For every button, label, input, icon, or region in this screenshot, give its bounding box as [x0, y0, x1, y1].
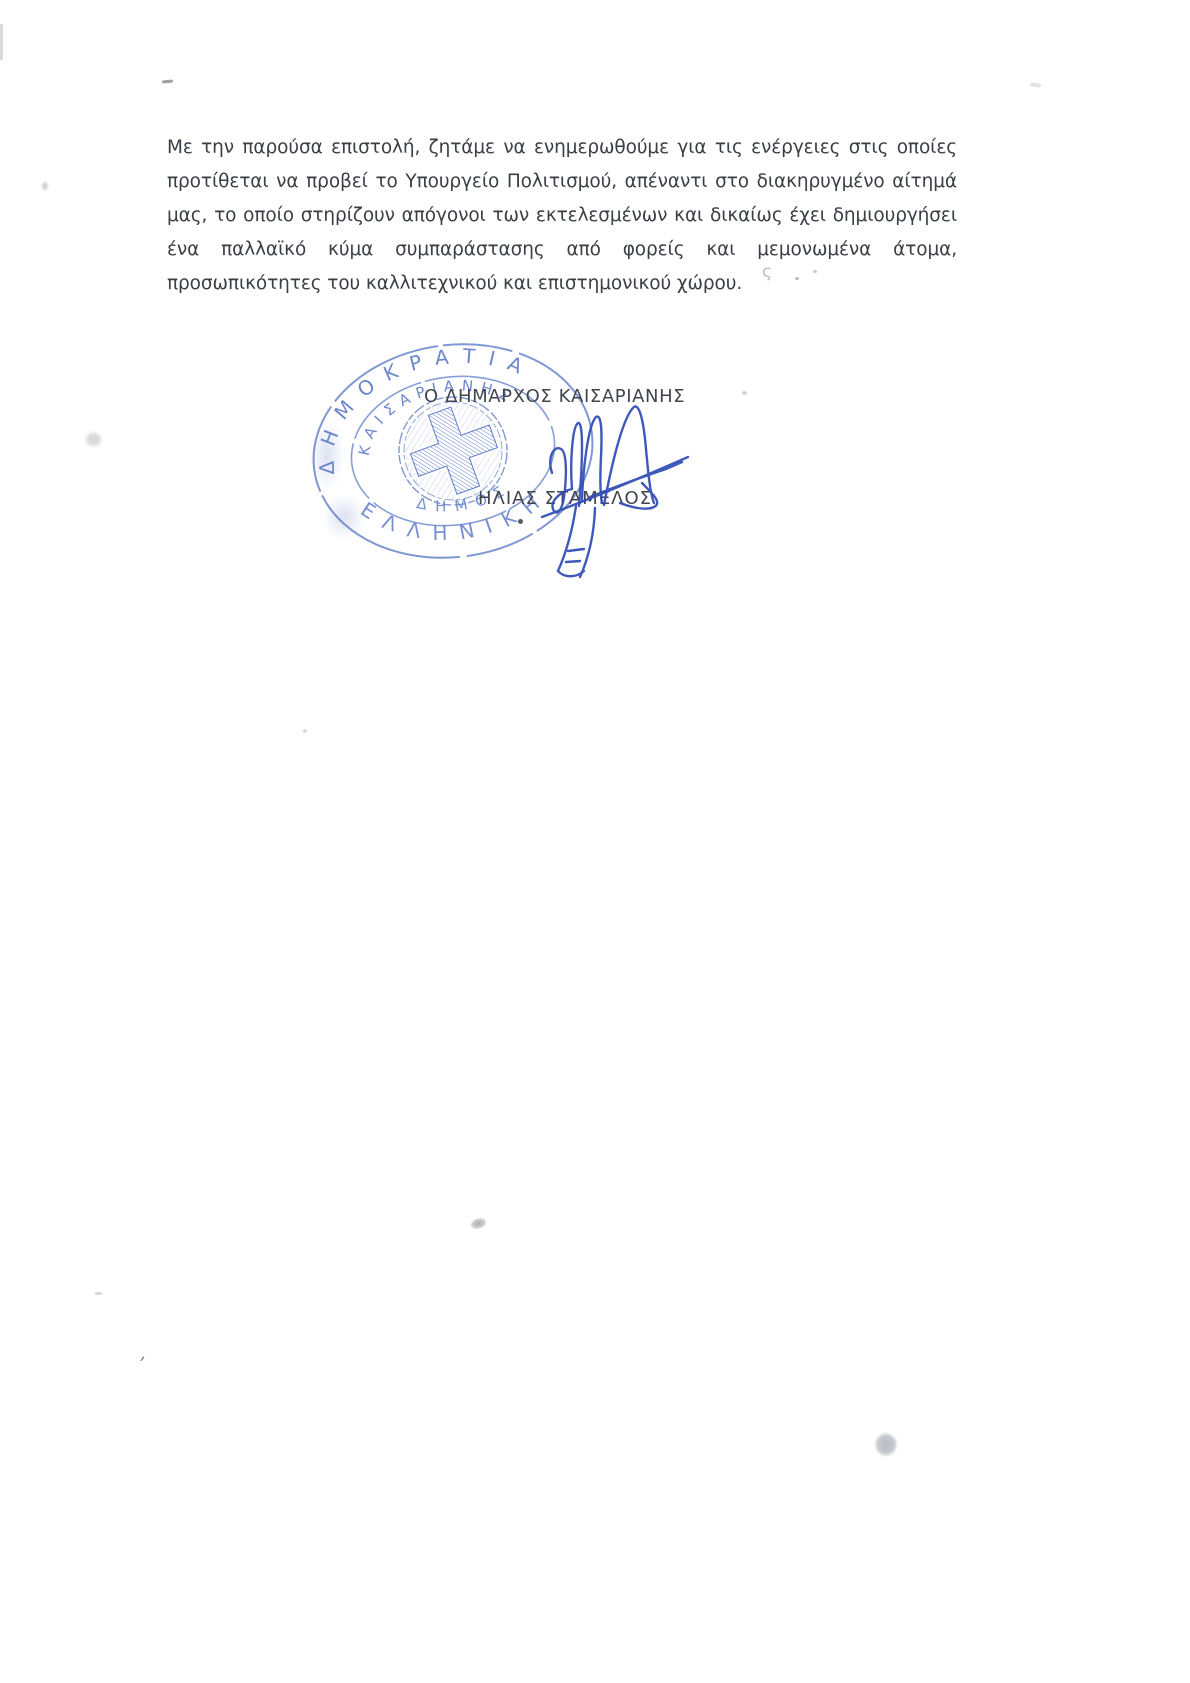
stamp-ink-smudge — [322, 495, 366, 539]
scan-speck — [95, 1292, 102, 1295]
stamp-ink-smudge — [310, 420, 344, 490]
scan-speck — [303, 729, 307, 733]
paragraph-line-5: προσωπικότητες του καλλιτεχνικού και επι… — [167, 267, 957, 301]
paragraph-line-4: ένα παλλαϊκό κύμα συμπαράστασης από φορε… — [167, 233, 957, 267]
paragraph-line-1: Με την παρούσα επιστολή, ζητάμε να ενημε… — [167, 131, 957, 165]
paragraph-line-2: προτίθεται να προβεί το Υπουργείο Πολιτι… — [167, 165, 957, 199]
handwritten-signature — [430, 365, 910, 595]
scan-speck — [42, 182, 48, 190]
scan-speck — [86, 433, 101, 446]
scan-smudge — [469, 1216, 489, 1232]
body-paragraph: Με την παρούσα επιστολή, ζητάμε να ενημε… — [167, 131, 957, 301]
scan-edge-mark — [0, 24, 3, 60]
gray-dot-artifact — [874, 1432, 898, 1457]
scan-speck — [1030, 82, 1041, 87]
stray-pen-mark: ’ — [136, 1352, 147, 1377]
scan-speck — [162, 79, 173, 83]
paragraph-line-3: μας, το οποίο στηρίζουν απόγονοι των εκτ… — [167, 199, 957, 233]
document-page: Με την παρούσα επιστολή, ζητάμε να ενημε… — [0, 0, 1190, 1683]
